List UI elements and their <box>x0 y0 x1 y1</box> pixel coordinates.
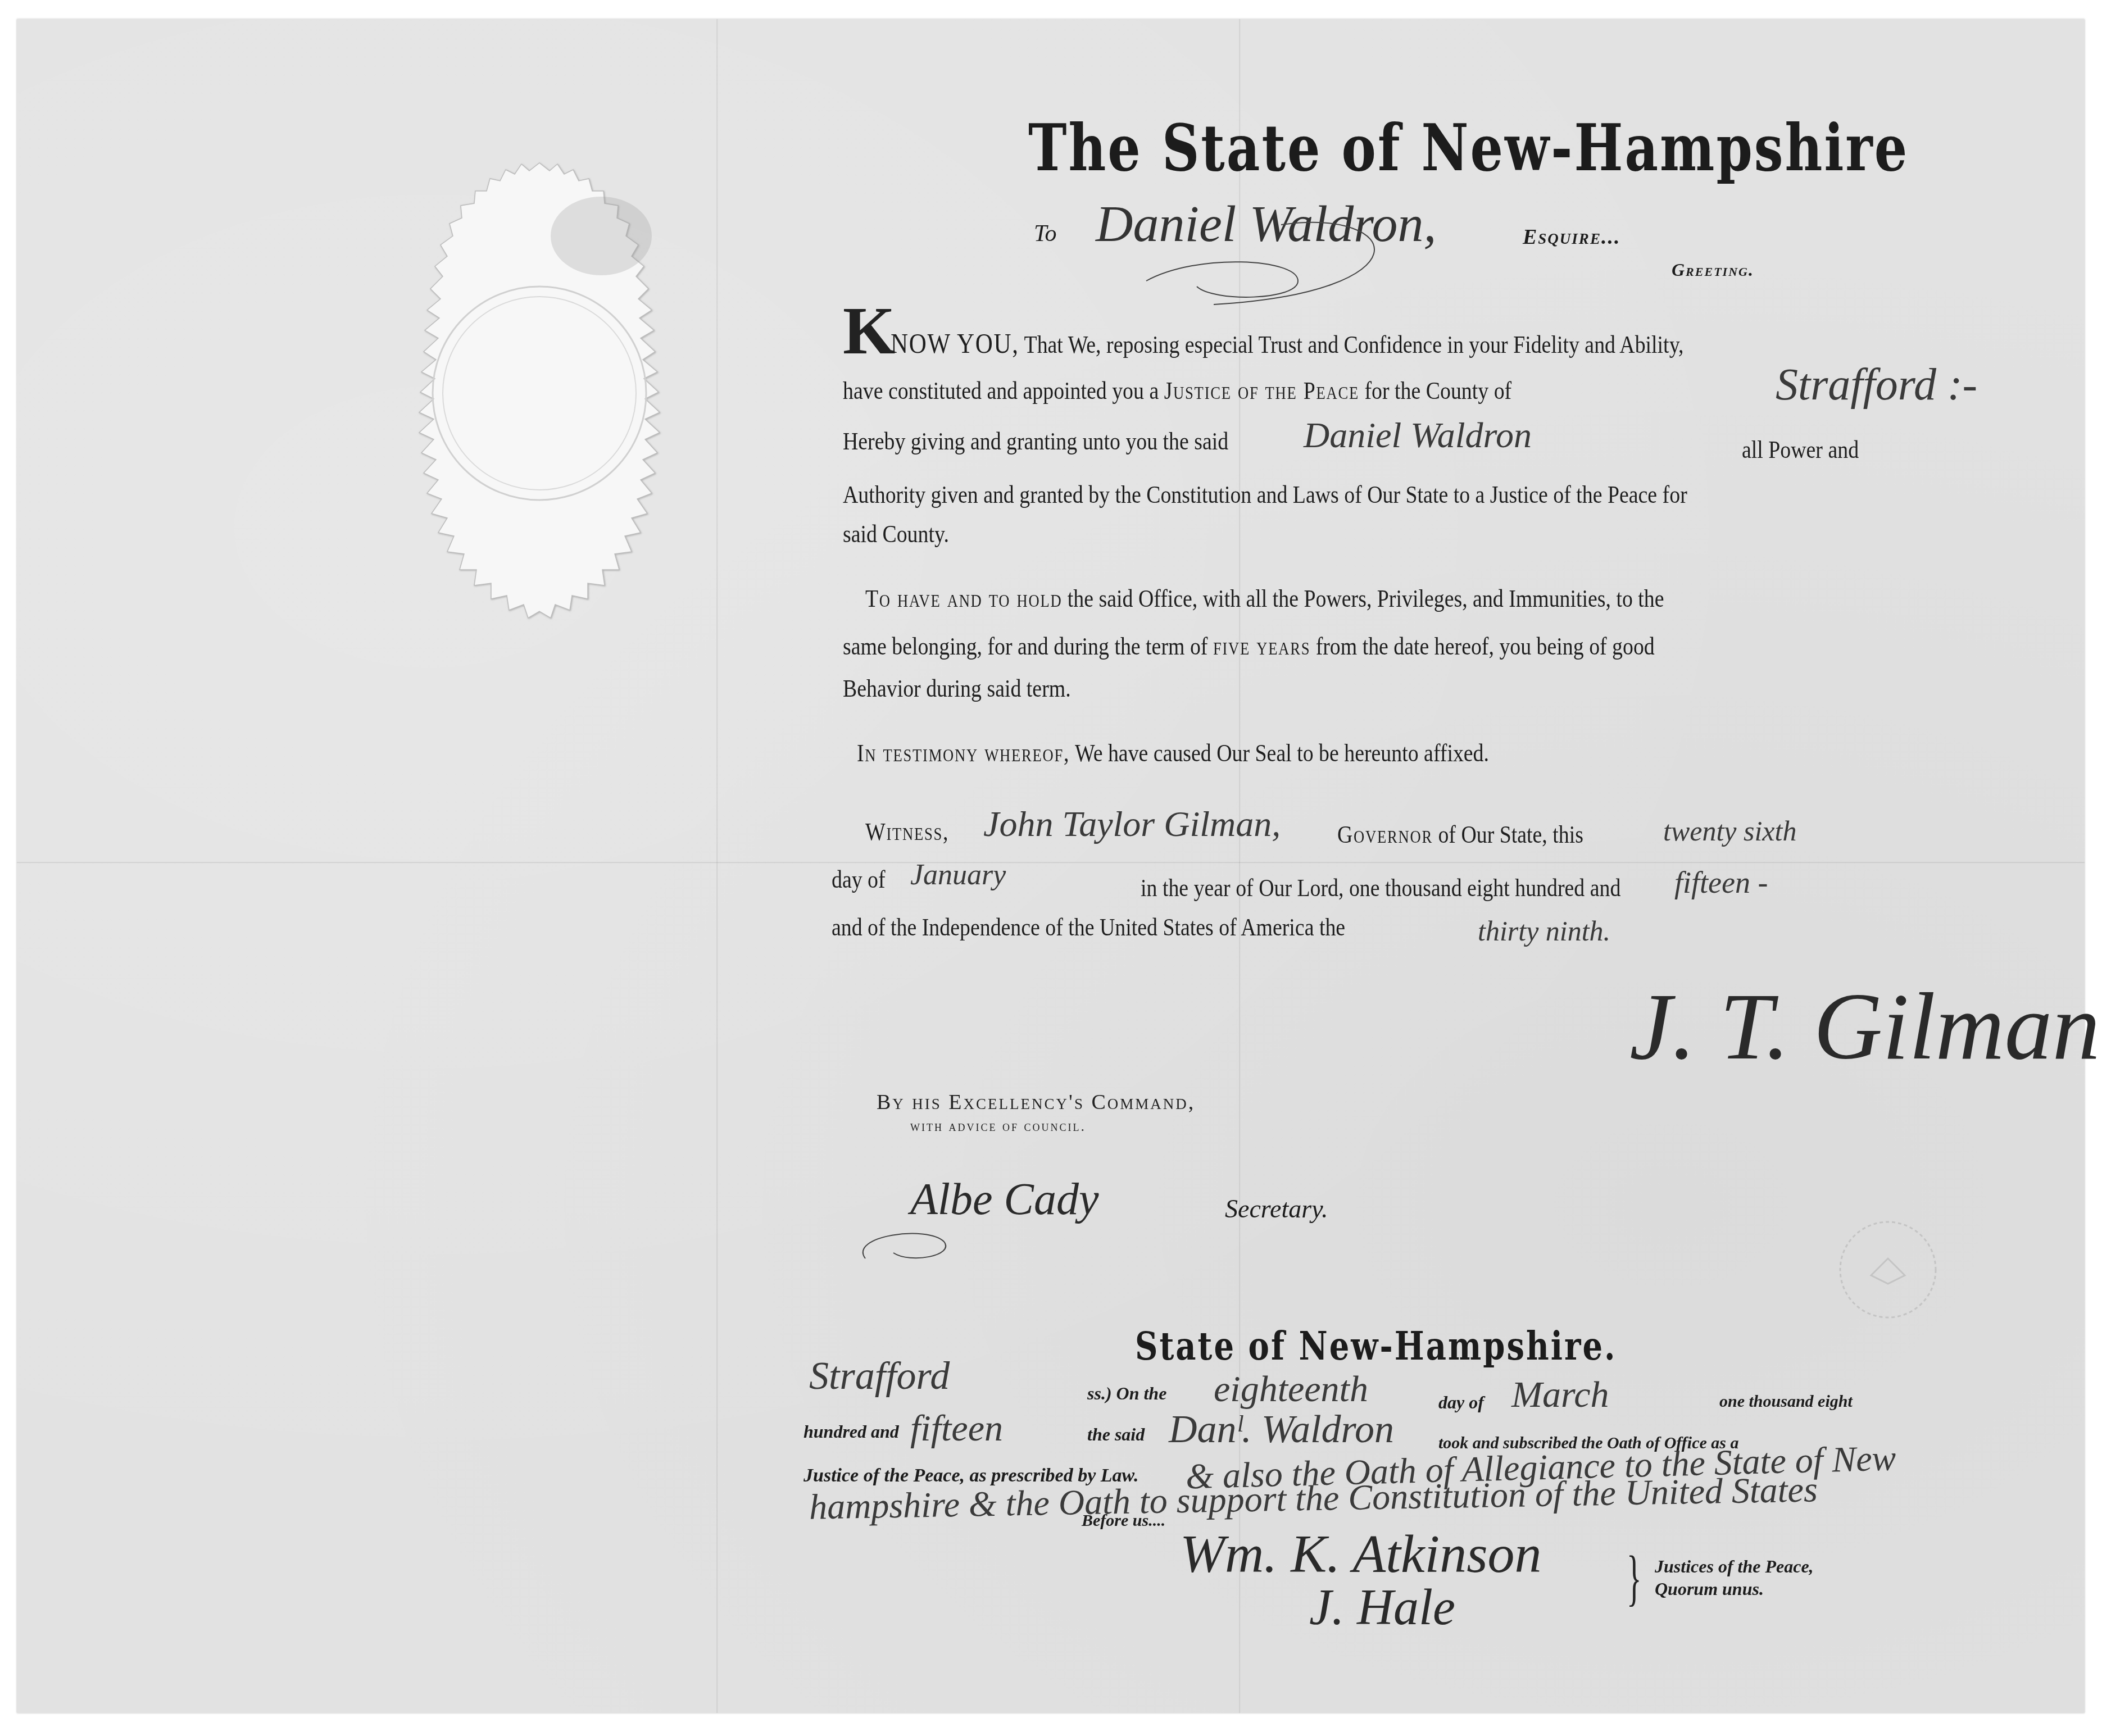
oath-county-handwritten: Strafford <box>809 1354 950 1399</box>
day-of-label: day of <box>832 865 886 894</box>
year-text: in the year of Our Lord, one thousand ei… <box>1141 874 1620 902</box>
oath-one-thousand-eight: one thousand eight <box>1719 1392 1853 1411</box>
horizontal-fold-line <box>17 862 2085 864</box>
secretary-title: Secretary. <box>1225 1194 1328 1224</box>
esquire-label: Esquire... <box>1523 225 1620 249</box>
secretary-flourish-icon <box>843 1191 1011 1270</box>
oath-the-said: the said <box>1087 1424 1145 1445</box>
justice-signature-2: J. Hale <box>1309 1579 1455 1637</box>
oath-name-handwritten: Danˡ. Waldron <box>1169 1407 1394 1452</box>
oath-year-handwritten: fifteen <box>910 1407 1003 1450</box>
drop-cap: K <box>843 292 895 370</box>
witness-line1: Governor of Our State, this <box>1337 820 1583 849</box>
independence-year-handwritten: thirty ninth. <box>1478 915 1610 947</box>
paragraph1-line1: NOW YOU, That We, reposing especial Trus… <box>891 327 1684 360</box>
library-emboss-stamp-icon <box>1832 1214 1944 1326</box>
paragraph3-testimony: In testimony whereof, We have caused Our… <box>857 739 1489 767</box>
year-handwritten: fifteen - <box>1674 865 1768 900</box>
greeting-label: Greeting. <box>1672 260 1754 280</box>
witness-label: Witness, <box>865 817 949 846</box>
command-line2: with advice of council. <box>910 1118 1086 1135</box>
paragraph2-line2: same belonging, for and during the term … <box>843 632 1655 661</box>
command-line1: By his Excellency's Command, <box>877 1090 1195 1115</box>
grantee-name-handwritten: Daniel Waldron <box>1304 415 1532 456</box>
embossed-paper-seal-icon <box>337 152 742 669</box>
justices-label-line2: Quorum unus. <box>1655 1579 1764 1599</box>
independence-text: and of the Independence of the United St… <box>832 913 1345 942</box>
governor-signature: J. T. Gilman <box>1629 972 2100 1081</box>
day-handwritten: twenty sixth <box>1663 815 1796 847</box>
paragraph1-line5: said County. <box>843 520 949 548</box>
document-title: The State of New-Hampshire <box>1028 110 1909 185</box>
governor-name-handwritten: John Taylor Gilman, <box>983 803 1281 845</box>
justices-label-line1: Justices of the Peace, <box>1655 1556 1814 1577</box>
brace-icon: } <box>1627 1542 1641 1614</box>
oath-day-of: day of <box>1438 1392 1484 1413</box>
justice-signature-1: Wm. K. Atkinson <box>1180 1523 1542 1585</box>
oath-ss-on-the: ss.) On the <box>1087 1383 1166 1404</box>
oath-hundred-and: hundred and <box>803 1421 899 1442</box>
paragraph1-line4: Authority given and granted by the Const… <box>843 480 1687 509</box>
oath-before-us: Before us.... <box>1082 1511 1165 1530</box>
paragraph2-line3: Behavior during said term. <box>843 674 1071 703</box>
county-handwritten: Strafford :- <box>1776 360 1977 411</box>
salutation-to-label: To <box>1034 220 1057 247</box>
paragraph1-line3-end: all Power and <box>1742 435 1859 464</box>
oath-month-handwritten: March <box>1511 1374 1609 1416</box>
paragraph2-line1: To have and to hold the said Office, wit… <box>865 584 1664 613</box>
flourish-icon <box>1113 202 1450 309</box>
month-handwritten: January <box>910 858 1006 892</box>
oath-day-handwritten: eighteenth <box>1214 1368 1368 1411</box>
oath-title: State of New-Hampshire. <box>1135 1323 1617 1370</box>
paragraph1-line2: have constituted and appointed you a Jus… <box>843 376 1511 405</box>
paragraph1-line3: Hereby giving and granting unto you the … <box>843 427 1228 456</box>
